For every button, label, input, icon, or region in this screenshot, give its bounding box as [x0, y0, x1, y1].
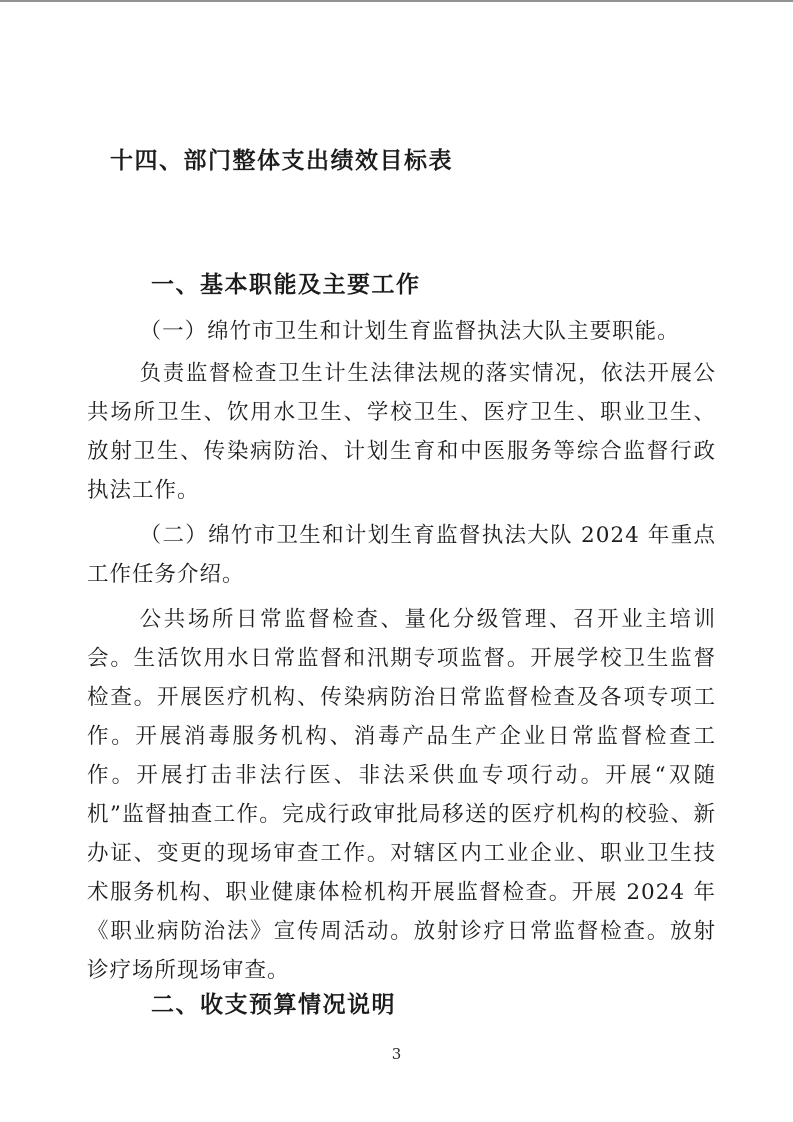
document-content: 十四、部门整体支出绩效目标表 一、基本职能及主要工作 （一）绵竹市卫生和计划生育…: [0, 0, 793, 1020]
document-title: 十四、部门整体支出绩效目标表: [110, 146, 716, 176]
paragraph-2024-tasks-label: （二）绵竹市卫生和计划生育监督执法大队 2024 年重点工作任务介绍。: [87, 516, 716, 594]
section-heading-budget-explanation: 二、收支预算情况说明: [151, 990, 716, 1020]
paragraph-2024-tasks-body: 公共场所日常监督检查、量化分级管理、召开业主培训会。生活饮用水日常监督和汛期专项…: [87, 600, 716, 990]
document-page: 十四、部门整体支出绩效目标表 一、基本职能及主要工作 （一）绵竹市卫生和计划生育…: [0, 0, 793, 1122]
paragraph-main-functions-label: （一）绵竹市卫生和计划生育监督执法大队主要职能。: [87, 312, 716, 351]
scan-edge-artifact: [0, 0, 793, 2]
page-number: 3: [0, 1046, 793, 1062]
section-heading-basic-functions: 一、基本职能及主要工作: [151, 270, 716, 300]
paragraph-main-functions-body: 负责监督检查卫生计生法律法规的落实情况，依法开展公共场所卫生、饮用水卫生、学校卫…: [87, 354, 716, 510]
